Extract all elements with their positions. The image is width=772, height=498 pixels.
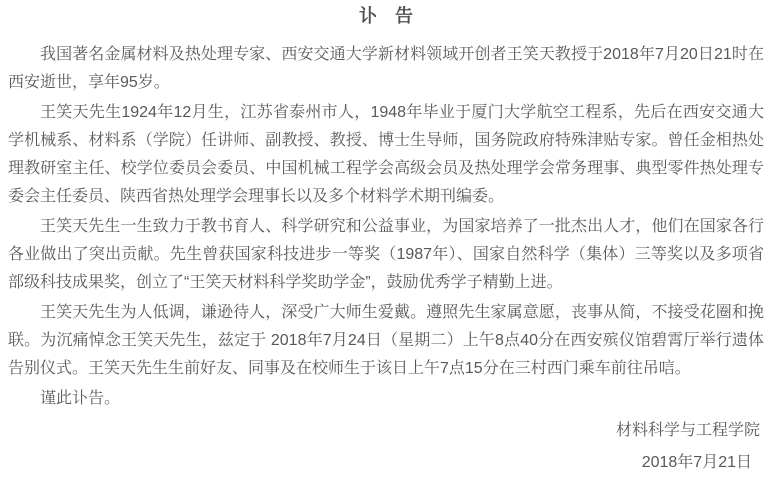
paragraph-death-announcement: 我国著名金属材料及热处理专家、西安交通大学新材料领域开创者王笑天教授于2018年…: [8, 41, 764, 97]
paragraph-achievements: 王笑天先生一生致力于教书育人、科学研究和公益事业，为国家培养了一批杰出人才，他们…: [8, 213, 764, 297]
document-title: 讣 告: [8, 4, 764, 28]
signature-date: 2018年7月21日: [8, 449, 764, 477]
paragraph-closing: 谨此讣告。: [8, 385, 764, 413]
paragraph-memorial-arrangements: 王笑天先生为人低调，谦逊待人，深受广大师生爱戴。遵照先生家属意愿，丧事从简，不接…: [8, 299, 764, 383]
obituary-document: 讣 告 我国著名金属材料及热处理专家、西安交通大学新材料领域开创者王笑天教授于2…: [0, 0, 772, 498]
paragraph-biography: 王笑天先生1924年12月生，江苏省泰州市人，1948年毕业于厦门大学航空工程系…: [8, 99, 764, 211]
signature-organization: 材料科学与工程学院: [8, 417, 764, 445]
